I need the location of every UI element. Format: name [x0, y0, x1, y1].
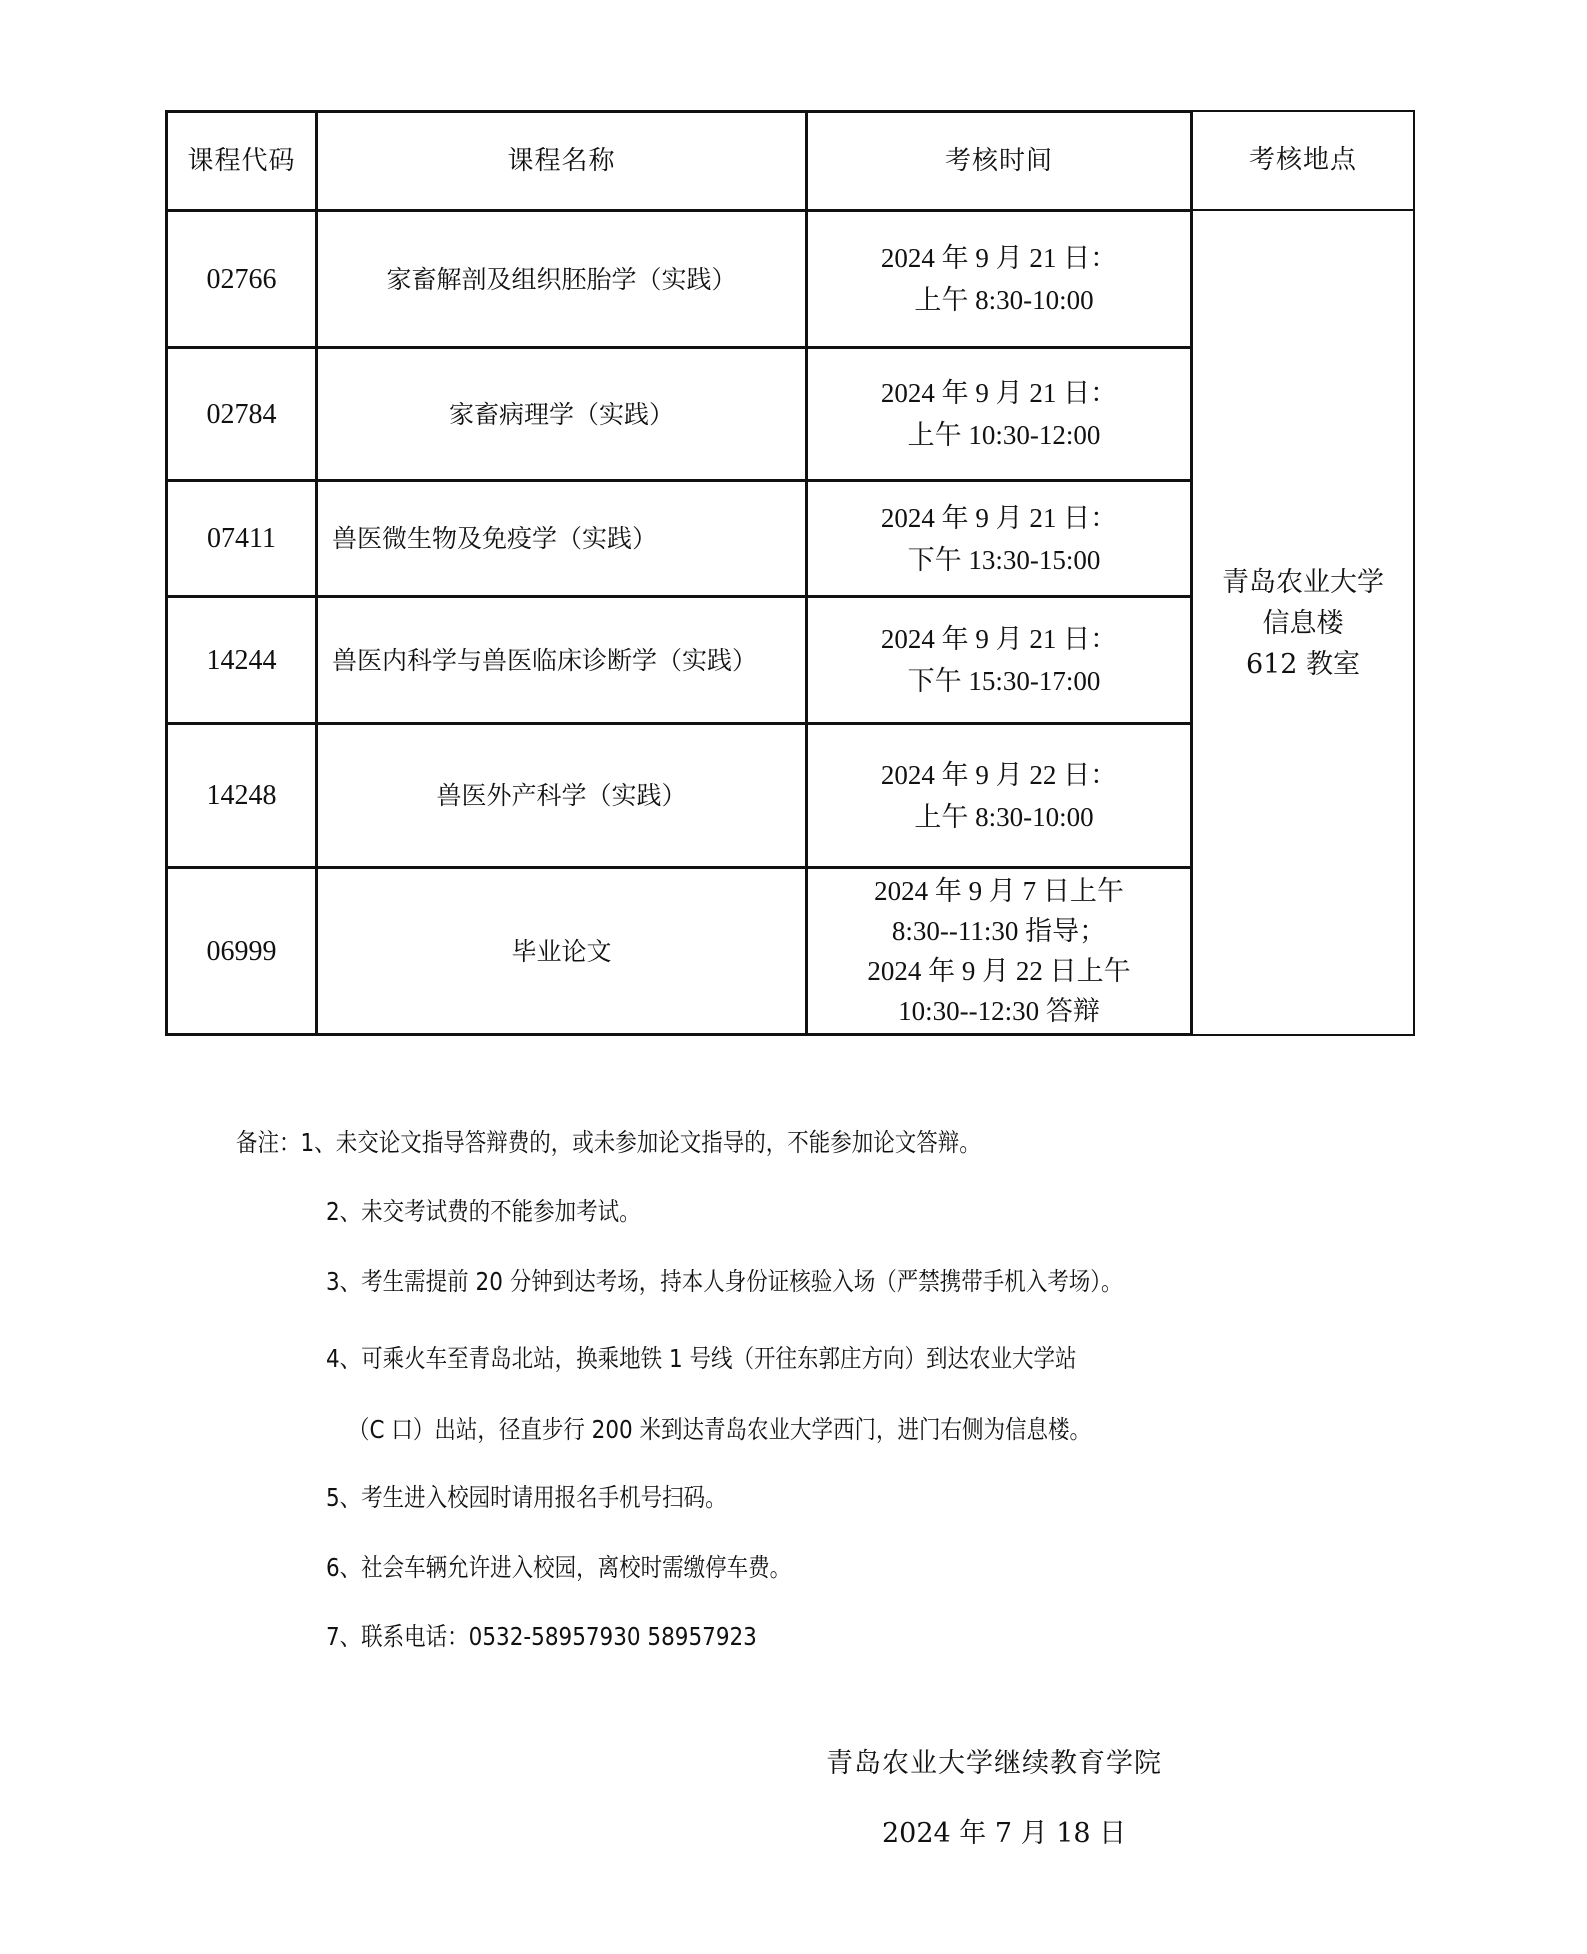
guidance-date: 2024 年 9 月 7 日上午 [874, 871, 1124, 911]
header-course-code: 课程代码 [165, 110, 315, 209]
exam-time: 2024 年 9 月 7 日上午 8:30--11:30 指导； 2024 年 … [805, 866, 1193, 1036]
guidance-slot: 8:30--11:30 指导； [892, 911, 1106, 951]
exam-time: 2024 年 9 月 21 日： 上午 8:30-10:00 [805, 209, 1193, 346]
exam-schedule-table: 课程代码 课程名称 考核时间 考核地点 02766 家畜解剖及组织胚胎学（实践）… [165, 110, 1415, 1036]
exam-time: 2024 年 9 月 22 日： 上午 8:30-10:00 [805, 722, 1193, 866]
course-name: 毕业论文 [315, 866, 805, 1036]
note-3: 3、考生需提前 20 分钟到达考场，持本人身份证核验入场（严禁携带手机入考场）。 [326, 1266, 1122, 1298]
course-code: 02784 [165, 346, 315, 479]
note-text: 1、未交论文指导答辩费的，或未参加论文指导的，不能参加论文答辩。 [301, 1128, 981, 1157]
location-building: 信息楼 [1263, 603, 1344, 644]
header-exam-time: 考核时间 [805, 110, 1190, 209]
exam-slot: 下午 13:30-15:00 [898, 539, 1101, 581]
exam-slot: 上午 8:30-10:00 [904, 279, 1093, 321]
course-name: 家畜病理学（实践） [315, 346, 805, 479]
header-course-name: 课程名称 [315, 110, 805, 209]
location-university: 青岛农业大学 [1222, 562, 1384, 603]
note-4-continued: （C 口）出站，径直步行 200 米到达青岛农业大学西门，进门右侧为信息楼。 [348, 1414, 1091, 1446]
defense-date: 2024 年 9 月 22 日上午 [867, 951, 1130, 991]
exam-date: 2024 年 9 月 21 日： [881, 237, 1117, 279]
note-6: 6、社会车辆允许进入校园，离校时需缴停车费。 [326, 1552, 791, 1584]
course-code: 14244 [165, 595, 315, 722]
exam-slot: 上午 8:30-10:00 [904, 796, 1093, 838]
header-exam-location: 考核地点 [1190, 110, 1415, 209]
exam-date: 2024 年 9 月 22 日： [881, 754, 1117, 796]
course-code: 14248 [165, 722, 315, 866]
exam-date: 2024 年 9 月 21 日： [881, 497, 1117, 539]
notes-prefix: 备注： [236, 1128, 301, 1157]
course-code: 02766 [165, 209, 315, 346]
course-code: 06999 [165, 866, 315, 1036]
course-name: 兽医微生物及免疫学（实践） [315, 479, 805, 595]
exam-date: 2024 年 9 月 21 日： [881, 618, 1117, 660]
exam-slot: 下午 15:30-17:00 [898, 660, 1101, 702]
course-code: 07411 [165, 479, 315, 595]
note-7-contact-phone: 7、联系电话：0532-58957930 58957923 [326, 1621, 757, 1653]
issuing-organization: 青岛农业大学继续教育学院 [826, 1747, 1162, 1781]
note-5: 5、考生进入校园时请用报名手机号扫码。 [326, 1482, 727, 1514]
exam-location: 青岛农业大学 信息楼 612 教室 [1193, 209, 1415, 1036]
note-2: 2、未交考试费的不能参加考试。 [326, 1196, 641, 1228]
defense-slot: 10:30--12:30 答辩 [898, 991, 1100, 1031]
course-name: 家畜解剖及组织胚胎学（实践） [315, 209, 805, 346]
note-1: 备注：1、未交论文指导答辩费的，或未参加论文指导的，不能参加论文答辩。 [236, 1127, 981, 1159]
course-name: 兽医外产科学（实践） [315, 722, 805, 866]
exam-slot: 上午 10:30-12:00 [898, 414, 1101, 456]
exam-date: 2024 年 9 月 21 日： [881, 372, 1117, 414]
exam-time: 2024 年 9 月 21 日： 下午 15:30-17:00 [805, 595, 1193, 722]
course-name: 兽医内科学与兽医临床诊断学（实践） [315, 595, 805, 722]
exam-time: 2024 年 9 月 21 日： 上午 10:30-12:00 [805, 346, 1193, 479]
issue-date: 2024 年 7 月 18 日 [882, 1817, 1126, 1851]
note-4: 4、可乘火车至青岛北站，换乘地铁 1 号线（开往东郭庄方向）到达农业大学站 [326, 1343, 1077, 1375]
exam-time: 2024 年 9 月 21 日： 下午 13:30-15:00 [805, 479, 1193, 595]
location-room: 612 教室 [1246, 644, 1360, 685]
document-page: 课程代码 课程名称 考核时间 考核地点 02766 家畜解剖及组织胚胎学（实践）… [0, 0, 1587, 1954]
